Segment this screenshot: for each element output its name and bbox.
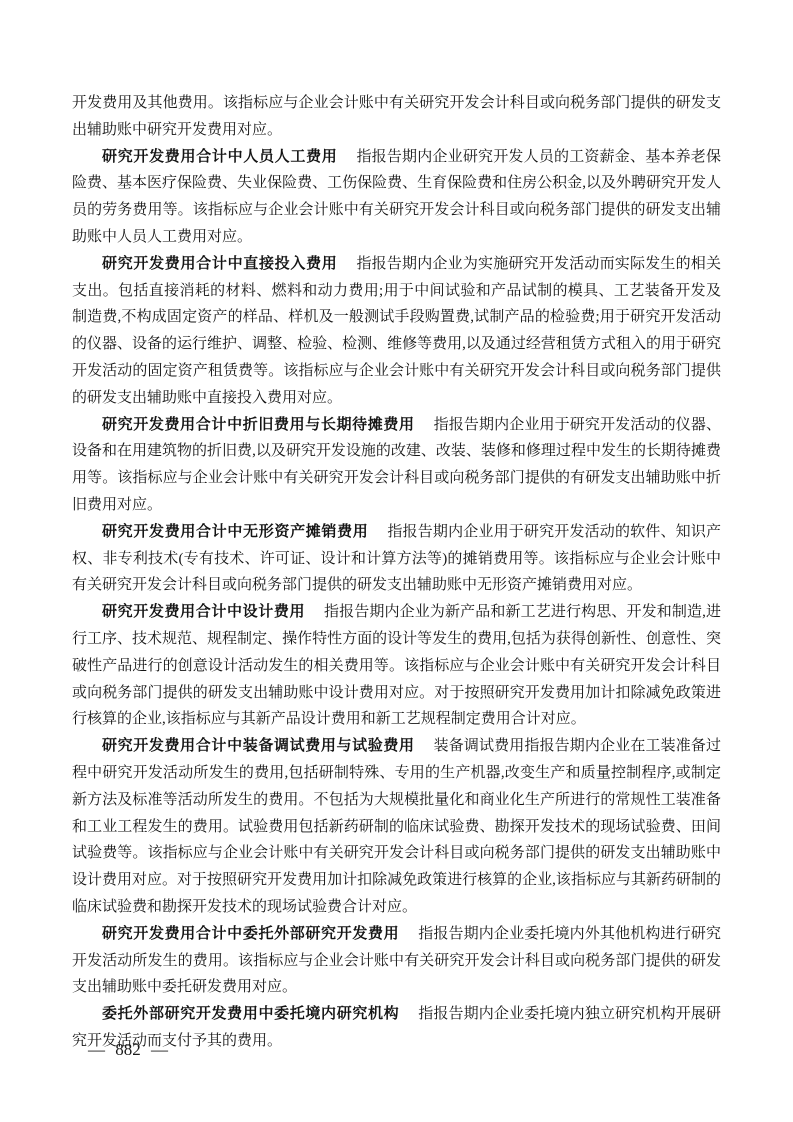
paragraph-heading: 委托外部研究开发费用中委托境内研究机构 — [102, 1005, 399, 1022]
paragraph-heading: 研究开发费用合计中委托外部研究开发费用 — [102, 925, 399, 942]
paragraph-text: 装备调试费用指报告期内企业在工装准备过程中研究开发活动所发生的费用,包括研制特殊… — [72, 738, 721, 915]
paragraph: 研究开发费用合计中人员人工费用 指报告期内企业研究开发人员的工资薪金、基本养老保… — [72, 144, 721, 251]
paragraph: 研究开发费用合计中设计费用 指报告期内企业为新产品和新工艺进行构思、开发和制造,… — [72, 599, 721, 733]
paragraph-heading: 研究开发费用合计中直接投入费用 — [102, 255, 337, 272]
paragraph-text: 指报告期内企业为实施研究开发活动而实际发生的相关支出。包括直接消耗的材料、燃料和… — [72, 256, 721, 406]
paragraph: 研究开发费用合计中折旧费用与长期待摊费用 指报告期内企业用于研究开发活动的仪器、… — [72, 412, 721, 519]
paragraph: 研究开发费用合计中直接投入费用 指报告期内企业为实施研究开发活动而实际发生的相关… — [72, 251, 721, 412]
paragraph-heading: 研究开发费用合计中折旧费用与长期待摊费用 — [102, 416, 415, 433]
paragraph: 开发费用及其他费用。该指标应与企业会计账中有关研究开发会计科目或向税务部门提供的… — [72, 90, 721, 144]
paragraph: 研究开发费用合计中委托外部研究开发费用 指报告期内企业委托境内外其他机构进行研究… — [72, 921, 721, 1001]
paragraph-text: 开发费用及其他费用。该指标应与企业会计账中有关研究开发会计科目或向税务部门提供的… — [72, 95, 721, 138]
paragraph-heading: 研究开发费用合计中装备调试费用与试验费用 — [102, 737, 415, 754]
document-page: 开发费用及其他费用。该指标应与企业会计账中有关研究开发会计科目或向税务部门提供的… — [0, 0, 793, 1122]
page-number: — 882 — — [88, 1040, 168, 1060]
paragraph-heading: 研究开发费用合计中人员人工费用 — [102, 148, 337, 165]
paragraph-heading: 研究开发费用合计中设计费用 — [102, 603, 305, 620]
paragraph: 委托外部研究开发费用中委托境内研究机构 指报告期内企业委托境内独立研究机构开展研… — [72, 1001, 721, 1055]
document-body: 开发费用及其他费用。该指标应与企业会计账中有关研究开发会计科目或向税务部门提供的… — [72, 90, 721, 1055]
paragraph-heading: 研究开发费用合计中无形资产摊销费用 — [102, 523, 368, 540]
paragraph: 研究开发费用合计中装备调试费用与试验费用 装备调试费用指报告期内企业在工装准备过… — [72, 733, 721, 921]
paragraph: 研究开发费用合计中无形资产摊销费用 指报告期内企业用于研究开发活动的软件、知识产… — [72, 519, 721, 599]
paragraph-text: 指报告期内企业为新产品和新工艺进行构思、开发和制造,进行工序、技术规范、规程制定… — [72, 604, 721, 727]
